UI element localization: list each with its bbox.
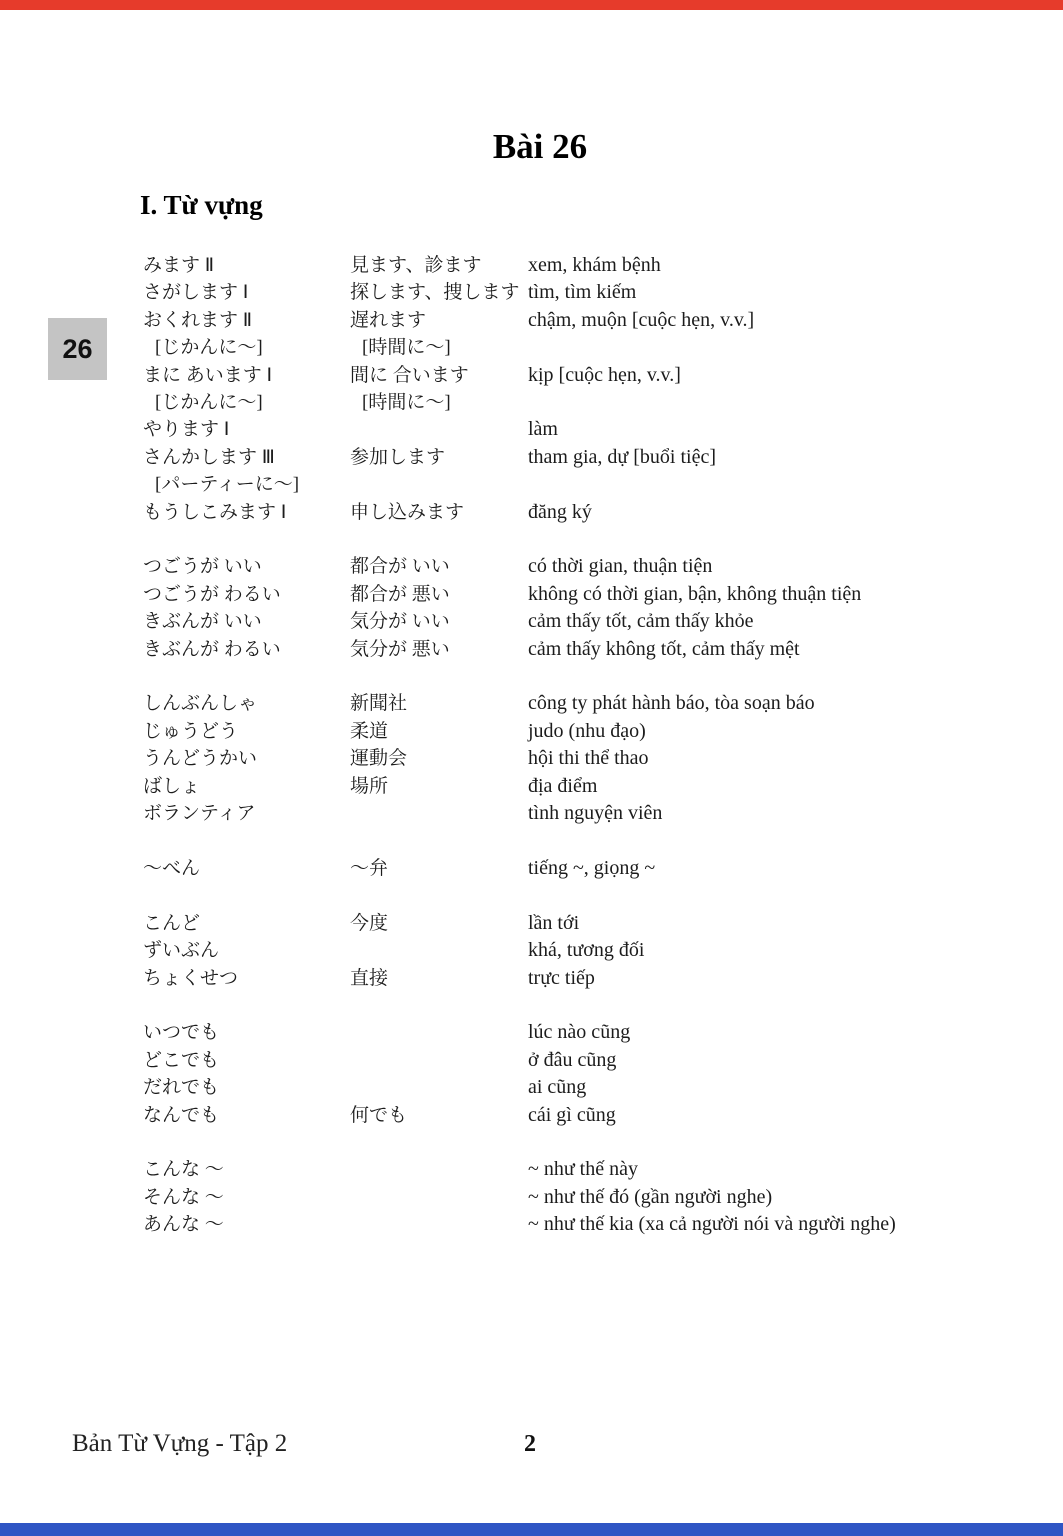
vocab-kana: しんぶんしゃ: [143, 690, 350, 717]
vocab-meaning: công ty phát hành báo, tòa soạn báo: [528, 690, 943, 717]
vocab-meaning: làm: [528, 416, 943, 443]
vocab-kana: ボランティア: [143, 800, 350, 827]
vocab-row: しんぶんしゃ新聞社công ty phát hành báo, tòa soạn…: [143, 690, 943, 717]
vocab-group: つごうが いい都合が いいcó thời gian, thuận tiệnつごう…: [143, 553, 943, 663]
vocab-meaning: đăng ký: [528, 499, 943, 526]
vocab-kana: [じかんに～]: [143, 389, 350, 416]
vocab-kanji: 直接: [350, 965, 528, 992]
vocab-kanji: [350, 1184, 528, 1211]
vocab-meaning: cái gì cũng: [528, 1102, 943, 1129]
vocab-group: みます Ⅱ見ます、診ますxem, khám bệnhさがします Ⅰ探します、捜し…: [143, 252, 943, 526]
section-heading: I. Từ vựng: [140, 190, 263, 221]
vocab-kanji: [350, 1156, 528, 1183]
lesson-number-badge: 26: [48, 318, 107, 380]
vocab-kanji: [350, 1019, 528, 1046]
top-edge-bar: [0, 0, 1063, 10]
vocab-row: おくれます Ⅱ遅れますchậm, muộn [cuộc hẹn, v.v.]: [143, 307, 943, 334]
vocab-kanji: 参加します: [350, 444, 528, 471]
vocab-kanji: [350, 1211, 528, 1238]
vocab-group: しんぶんしゃ新聞社công ty phát hành báo, tòa soạn…: [143, 690, 943, 827]
vocab-row: [パーティーに～]: [143, 471, 943, 498]
vocab-kana: [じかんに～]: [143, 334, 350, 361]
vocab-kanji: [時間に～]: [350, 334, 528, 361]
vocab-row: もうしこみます Ⅰ申し込みますđăng ký: [143, 499, 943, 526]
vocab-kana: きぶんが わるい: [143, 636, 350, 663]
vocab-kanji: [350, 800, 528, 827]
vocab-row: うんどうかい運動会hội thi thể thao: [143, 745, 943, 772]
bottom-edge-bar: [0, 1523, 1063, 1536]
lesson-number-label: 26: [62, 334, 92, 365]
footer-book-title: Bản Từ Vựng - Tập 2: [72, 1430, 287, 1458]
vocab-kanji: [350, 471, 528, 498]
document-page: Bài 26 I. Từ vựng 26 みます Ⅱ見ます、診ますxem, kh…: [0, 0, 1063, 1536]
vocab-kanji: ～弁: [350, 855, 528, 882]
vocab-row: みます Ⅱ見ます、診ますxem, khám bệnh: [143, 252, 943, 279]
vocab-meaning: tiếng ~, giọng ~: [528, 855, 943, 882]
vocab-row: だれでもai cũng: [143, 1074, 943, 1101]
vocab-meaning: judo (nhu đạo): [528, 718, 943, 745]
vocab-meaning: hội thi thể thao: [528, 745, 943, 772]
vocab-meaning: ~ như thế kia (xa cả người nói và người …: [528, 1211, 943, 1238]
vocab-meaning: [528, 334, 943, 361]
vocab-meaning: cảm thấy không tốt, cảm thấy mệt: [528, 636, 943, 663]
vocab-kana: いつでも: [143, 1019, 350, 1046]
vocab-kana: まに あいます Ⅰ: [143, 362, 350, 389]
vocab-meaning: trực tiếp: [528, 965, 943, 992]
vocab-kana: さんかします Ⅲ: [143, 444, 350, 471]
vocab-row: やります Ⅰlàm: [143, 416, 943, 443]
vocab-kana: だれでも: [143, 1074, 350, 1101]
vocab-meaning: tìm, tìm kiếm: [528, 279, 943, 306]
vocab-row: ちょくせつ直接trực tiếp: [143, 965, 943, 992]
vocab-kanji: 申し込みます: [350, 499, 528, 526]
vocab-row: ～べん～弁tiếng ~, giọng ~: [143, 855, 943, 882]
vocab-kanji: [時間に～]: [350, 389, 528, 416]
vocab-kanji: 見ます、診ます: [350, 252, 528, 279]
vocab-meaning: khá, tương đối: [528, 937, 943, 964]
vocab-row: こんど今度lần tới: [143, 910, 943, 937]
vocab-kanji: 間に 合います: [350, 362, 528, 389]
vocab-kana: こんな ～: [143, 1156, 350, 1183]
vocab-meaning: xem, khám bệnh: [528, 252, 943, 279]
vocab-row: いつでもlúc nào cũng: [143, 1019, 943, 1046]
vocab-kanji: 今度: [350, 910, 528, 937]
vocab-row: ばしょ場所địa điểm: [143, 773, 943, 800]
vocab-meaning: tình nguyện viên: [528, 800, 943, 827]
vocab-kanji: [350, 937, 528, 964]
vocab-meaning: ~ như thế đó (gần người nghe): [528, 1184, 943, 1211]
vocab-row: つごうが いい都合が いいcó thời gian, thuận tiện: [143, 553, 943, 580]
vocab-meaning: chậm, muộn [cuộc hẹn, v.v.]: [528, 307, 943, 334]
vocab-kanji: [350, 1047, 528, 1074]
vocab-row: さんかします Ⅲ参加しますtham gia, dự [buổi tiệc]: [143, 444, 943, 471]
vocab-meaning: lần tới: [528, 910, 943, 937]
vocab-row: きぶんが わるい気分が 悪いcảm thấy không tốt, cảm th…: [143, 636, 943, 663]
vocab-kana: [パーティーに～]: [143, 471, 350, 498]
vocab-kana: ちょくせつ: [143, 965, 350, 992]
vocab-meaning: không có thời gian, bận, không thuận tiệ…: [528, 581, 943, 608]
vocab-meaning: cảm thấy tốt, cảm thấy khỏe: [528, 608, 943, 635]
vocab-meaning: có thời gian, thuận tiện: [528, 553, 943, 580]
vocab-kana: あんな ～: [143, 1211, 350, 1238]
vocab-kana: うんどうかい: [143, 745, 350, 772]
vocab-kana: つごうが わるい: [143, 581, 350, 608]
vocab-group: こんな ～~ như thế nàyそんな ～~ như thế đó (gần…: [143, 1156, 943, 1238]
page-footer: Bản Từ Vựng - Tập 2 2: [0, 1430, 1063, 1462]
vocab-row: じゅうどう柔道judo (nhu đạo): [143, 718, 943, 745]
vocab-row: どこでもở đâu cũng: [143, 1047, 943, 1074]
vocab-meaning: lúc nào cũng: [528, 1019, 943, 1046]
vocab-meaning: ~ như thế này: [528, 1156, 943, 1183]
vocab-kana: やります Ⅰ: [143, 416, 350, 443]
vocab-kanji: 新聞社: [350, 690, 528, 717]
vocab-row: あんな ～~ như thế kia (xa cả người nói và n…: [143, 1211, 943, 1238]
vocab-meaning: ở đâu cũng: [528, 1047, 943, 1074]
vocab-group: こんど今度lần tớiずいぶんkhá, tương đốiちょくせつ直接trự…: [143, 910, 943, 992]
vocab-list: みます Ⅱ見ます、診ますxem, khám bệnhさがします Ⅰ探します、捜し…: [143, 252, 943, 1266]
vocab-meaning: ai cũng: [528, 1074, 943, 1101]
vocab-kana: みます Ⅱ: [143, 252, 350, 279]
vocab-row: [じかんに～][時間に～]: [143, 389, 943, 416]
vocab-row: きぶんが いい気分が いいcảm thấy tốt, cảm thấy khỏe: [143, 608, 943, 635]
vocab-kanji: 何でも: [350, 1102, 528, 1129]
vocab-group: ～べん～弁tiếng ~, giọng ~: [143, 855, 943, 882]
vocab-kanji: 遅れます: [350, 307, 528, 334]
vocab-kana: どこでも: [143, 1047, 350, 1074]
vocab-kana: じゅうどう: [143, 718, 350, 745]
vocab-meaning: tham gia, dự [buổi tiệc]: [528, 444, 943, 471]
vocab-kana: きぶんが いい: [143, 608, 350, 635]
vocab-kana: さがします Ⅰ: [143, 279, 350, 306]
vocab-kana: つごうが いい: [143, 553, 350, 580]
vocab-row: まに あいます Ⅰ間に 合いますkịp [cuộc hẹn, v.v.]: [143, 362, 943, 389]
vocab-row: さがします Ⅰ探します、捜しますtìm, tìm kiếm: [143, 279, 943, 306]
vocab-row: なんでも何でもcái gì cũng: [143, 1102, 943, 1129]
vocab-row: つごうが わるい都合が 悪いkhông có thời gian, bận, k…: [143, 581, 943, 608]
vocab-kana: ばしょ: [143, 773, 350, 800]
vocab-kana: そんな ～: [143, 1184, 350, 1211]
vocab-kanji: 柔道: [350, 718, 528, 745]
vocab-row: こんな ～~ như thế này: [143, 1156, 943, 1183]
vocab-kanji: 都合が いい: [350, 553, 528, 580]
vocab-kanji: 気分が 悪い: [350, 636, 528, 663]
vocab-meaning: địa điểm: [528, 773, 943, 800]
vocab-meaning: [528, 389, 943, 416]
lesson-title: Bài 26: [0, 127, 1063, 167]
vocab-kanji: [350, 416, 528, 443]
vocab-kana: もうしこみます Ⅰ: [143, 499, 350, 526]
vocab-kanji: 都合が 悪い: [350, 581, 528, 608]
footer-page-number: 2: [524, 1431, 536, 1458]
vocab-kanji: 気分が いい: [350, 608, 528, 635]
vocab-kana: なんでも: [143, 1102, 350, 1129]
vocab-kanji: [350, 1074, 528, 1101]
vocab-row: ボランティアtình nguyện viên: [143, 800, 943, 827]
vocab-kanji: 探します、捜します: [350, 279, 528, 306]
vocab-kanji: 運動会: [350, 745, 528, 772]
vocab-kanji: 場所: [350, 773, 528, 800]
vocab-group: いつでもlúc nào cũngどこでもở đâu cũngだれでもai cũn…: [143, 1019, 943, 1129]
vocab-meaning: [528, 471, 943, 498]
vocab-row: [じかんに～][時間に～]: [143, 334, 943, 361]
vocab-row: そんな ～~ như thế đó (gần người nghe): [143, 1184, 943, 1211]
vocab-meaning: kịp [cuộc hẹn, v.v.]: [528, 362, 943, 389]
vocab-row: ずいぶんkhá, tương đối: [143, 937, 943, 964]
vocab-kana: ずいぶん: [143, 937, 350, 964]
vocab-kana: おくれます Ⅱ: [143, 307, 350, 334]
vocab-kana: ～べん: [143, 855, 350, 882]
vocab-kana: こんど: [143, 910, 350, 937]
